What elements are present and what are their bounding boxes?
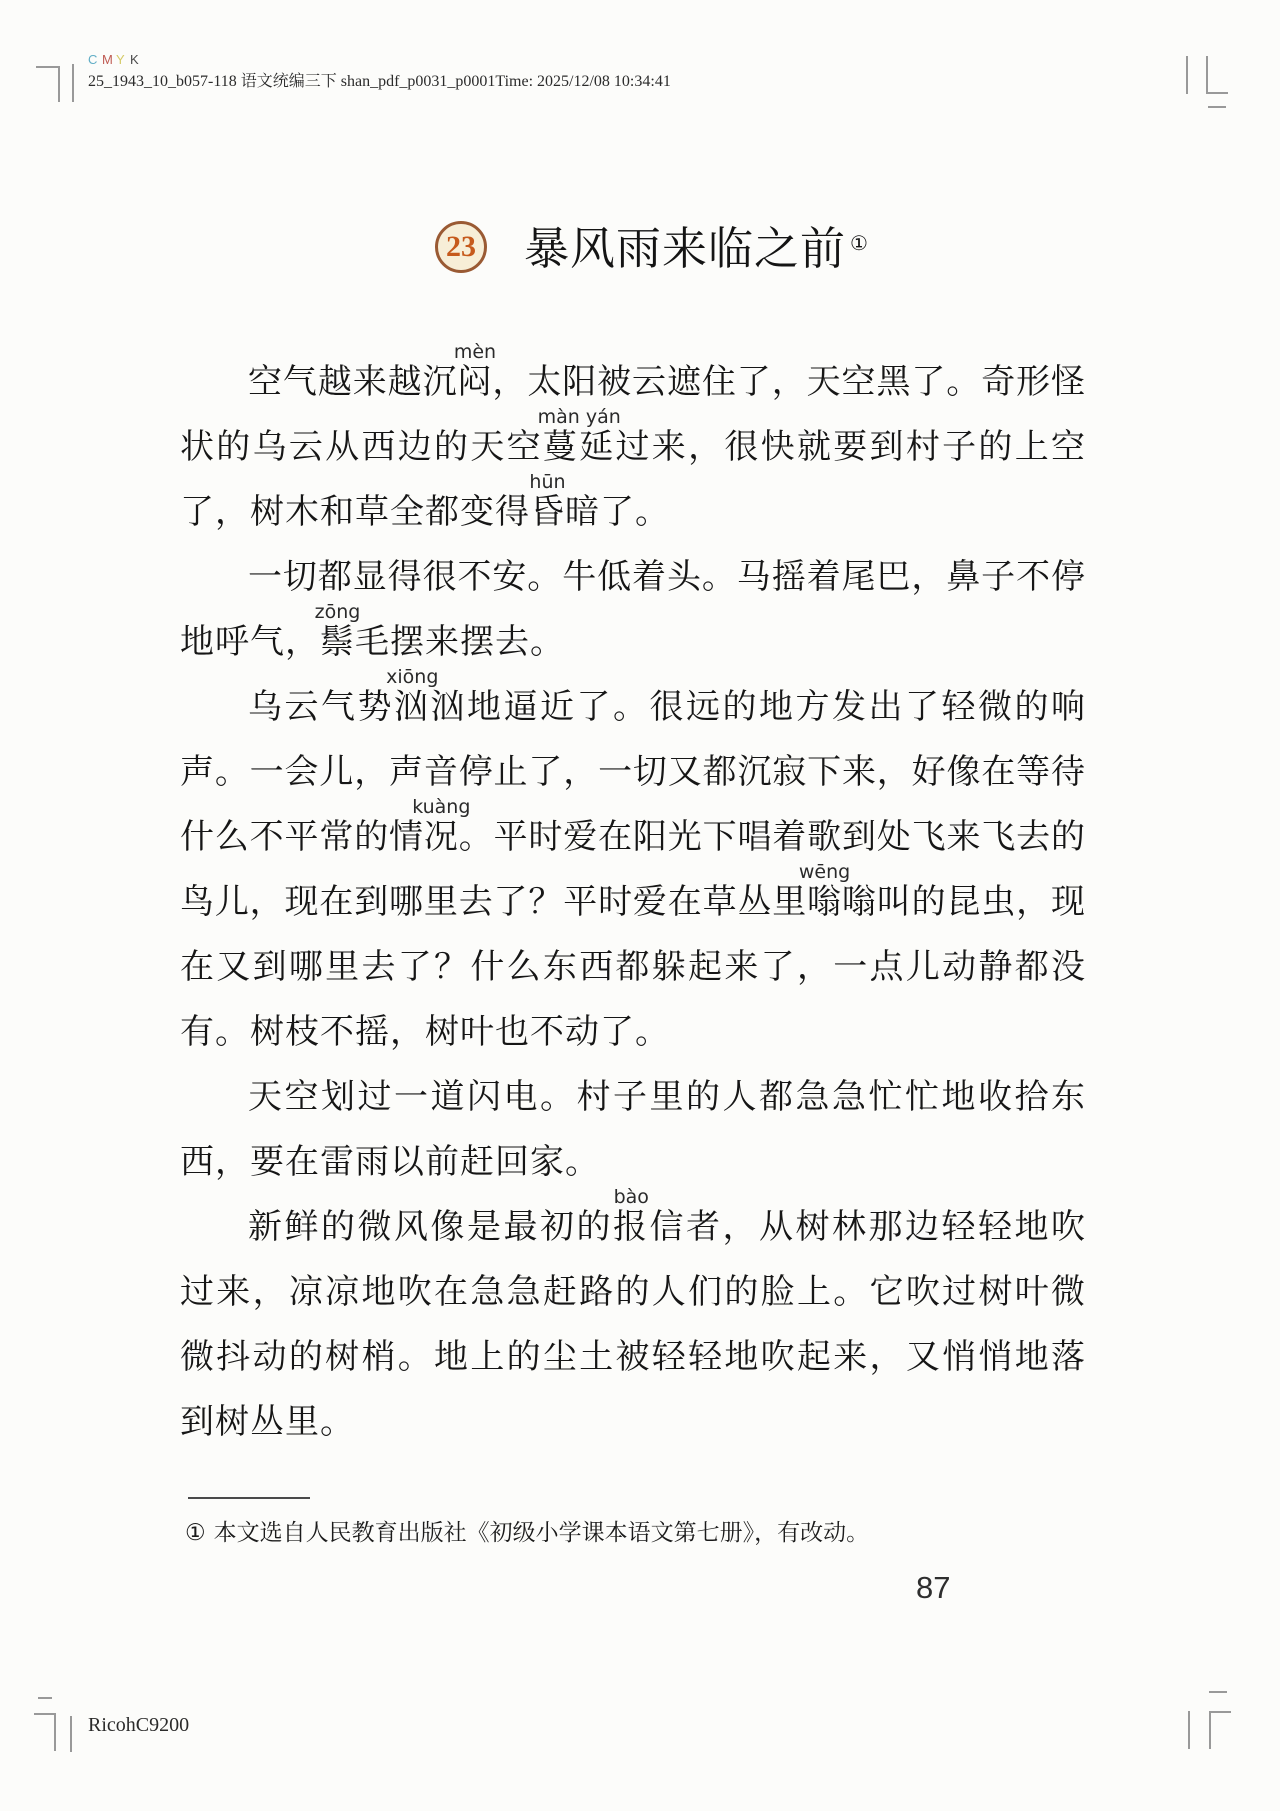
annotated-characters: zōng鬃 bbox=[320, 624, 355, 661]
annotated-characters: màn yán蔓延 bbox=[543, 429, 616, 466]
annotated-characters: kuàng况 bbox=[424, 819, 459, 856]
text-line: 到树丛里。 bbox=[180, 1390, 1085, 1455]
crop-mark-top-right-bar bbox=[1186, 56, 1188, 94]
footnote-marker: ① bbox=[185, 1520, 206, 1545]
lesson-title: 暴风雨来临之前① bbox=[524, 212, 869, 277]
crop-mark-bottom-right-bar bbox=[1188, 1711, 1190, 1749]
text-line: 地呼气，zōng鬃毛摆来摆去。 bbox=[180, 610, 1085, 675]
lesson-title-text: 暴风雨来临之前 bbox=[524, 224, 846, 274]
annotated-characters: mèn闷 bbox=[457, 364, 492, 401]
lesson-body: 空气越来越沉mèn闷，太阳被云遮住了，天空黑了。奇形怪状的乌云从西边的天空màn… bbox=[180, 350, 1085, 1455]
text-line: 乌云气势xiōng汹汹地逼近了。很远的地方发出了轻微的响 bbox=[180, 675, 1085, 740]
text-line: 什么不平常的情kuàng况。平时爱在阳光下唱着歌到处飞来飞去的 bbox=[180, 805, 1085, 870]
cmyk-letter: C bbox=[88, 52, 102, 67]
cmyk-letter: Y bbox=[116, 52, 130, 67]
pinyin-annotation: zōng bbox=[315, 603, 361, 622]
text-line: 在又到哪里去了？什么东西都躲起来了，一点儿动静都没 bbox=[180, 935, 1085, 1000]
crop-mark-bottom-left bbox=[34, 1713, 56, 1751]
footnote: ①本文选自人民教育出版社《初级小学课本语文第七册》，有改动。 bbox=[185, 1514, 869, 1547]
text-line: 鸟儿，现在到哪里去了？平时爱在草丛里wēng嗡嗡叫的昆虫，现 bbox=[180, 870, 1085, 935]
text-line: 过来，凉凉地吹在急急赶路的人们的脸上。它吹过树叶微 bbox=[180, 1260, 1085, 1325]
pinyin-annotation: xiōng bbox=[386, 668, 438, 687]
cmyk-letter: M bbox=[102, 52, 116, 67]
annotated-characters: wēng嗡 bbox=[807, 884, 842, 921]
text-line: 微抖动的树梢。地上的尘土被轻轻地吹起来，又悄悄地落 bbox=[180, 1325, 1085, 1390]
lesson-number-badge: 23 bbox=[435, 221, 487, 273]
text-line: 了，树木和草全都变得hūn昏暗了。 bbox=[180, 480, 1085, 545]
crop-mark-bottom-right-dash bbox=[1209, 1691, 1227, 1693]
pinyin-annotation: bào bbox=[614, 1188, 649, 1207]
pinyin-annotation: kuàng bbox=[412, 798, 470, 817]
text-line: 天空划过一道闪电。村子里的人都急急忙忙地收拾东 bbox=[180, 1065, 1085, 1130]
annotated-characters: xiōng汹 bbox=[394, 689, 431, 726]
printer-label: RicohC9200 bbox=[88, 1714, 189, 1737]
page-number: 87 bbox=[916, 1570, 950, 1606]
footnote-rule bbox=[188, 1497, 310, 1499]
crop-mark-bottom-right bbox=[1209, 1711, 1231, 1749]
text-line: 空气越来越沉mèn闷，太阳被云遮住了，天空黑了。奇形怪 bbox=[180, 350, 1085, 415]
text-line: 新鲜的微风像是最初的bào报信者，从树林那边轻轻地吹 bbox=[180, 1195, 1085, 1260]
text-line: 有。树枝不摇，树叶也不动了。 bbox=[180, 1000, 1085, 1065]
pinyin-annotation: hūn bbox=[529, 473, 565, 492]
textbook-page: CMYK 25_1943_10_b057-118 语文统编三下 shan_pdf… bbox=[0, 0, 1280, 1811]
footnote-ref: ① bbox=[850, 233, 869, 255]
crop-mark-bottom-left-dash bbox=[38, 1697, 52, 1699]
footnote-text: 本文选自人民教育出版社《初级小学课本语文第七册》，有改动。 bbox=[214, 1520, 870, 1545]
crop-mark-top-right-dash bbox=[1208, 106, 1226, 108]
crop-mark-bottom-left-bar bbox=[70, 1716, 72, 1752]
text-line: 状的乌云从西边的天空màn yán蔓延过来，很快就要到村子的上空 bbox=[180, 415, 1085, 480]
pinyin-annotation: mèn bbox=[454, 343, 496, 362]
crop-mark-top-left-bar bbox=[72, 64, 74, 102]
pinyin-annotation: màn yán bbox=[538, 408, 621, 427]
print-info-line: 25_1943_10_b057-118 语文统编三下 shan_pdf_p003… bbox=[88, 68, 671, 91]
printer-header: CMYK 25_1943_10_b057-118 语文统编三下 shan_pdf… bbox=[88, 52, 671, 91]
text-line: 声。一会儿，声音停止了，一切又都沉寂下来，好像在等待 bbox=[180, 740, 1085, 805]
cmyk-letter: K bbox=[130, 52, 144, 67]
annotated-characters: hūn昏 bbox=[530, 494, 565, 531]
crop-mark-top-right bbox=[1206, 56, 1228, 94]
cmyk-marks: CMYK bbox=[88, 52, 671, 67]
pinyin-annotation: wēng bbox=[799, 863, 850, 882]
lesson-number: 23 bbox=[446, 230, 476, 264]
annotated-characters: bào报 bbox=[613, 1209, 650, 1246]
crop-mark-top-left bbox=[36, 66, 60, 102]
